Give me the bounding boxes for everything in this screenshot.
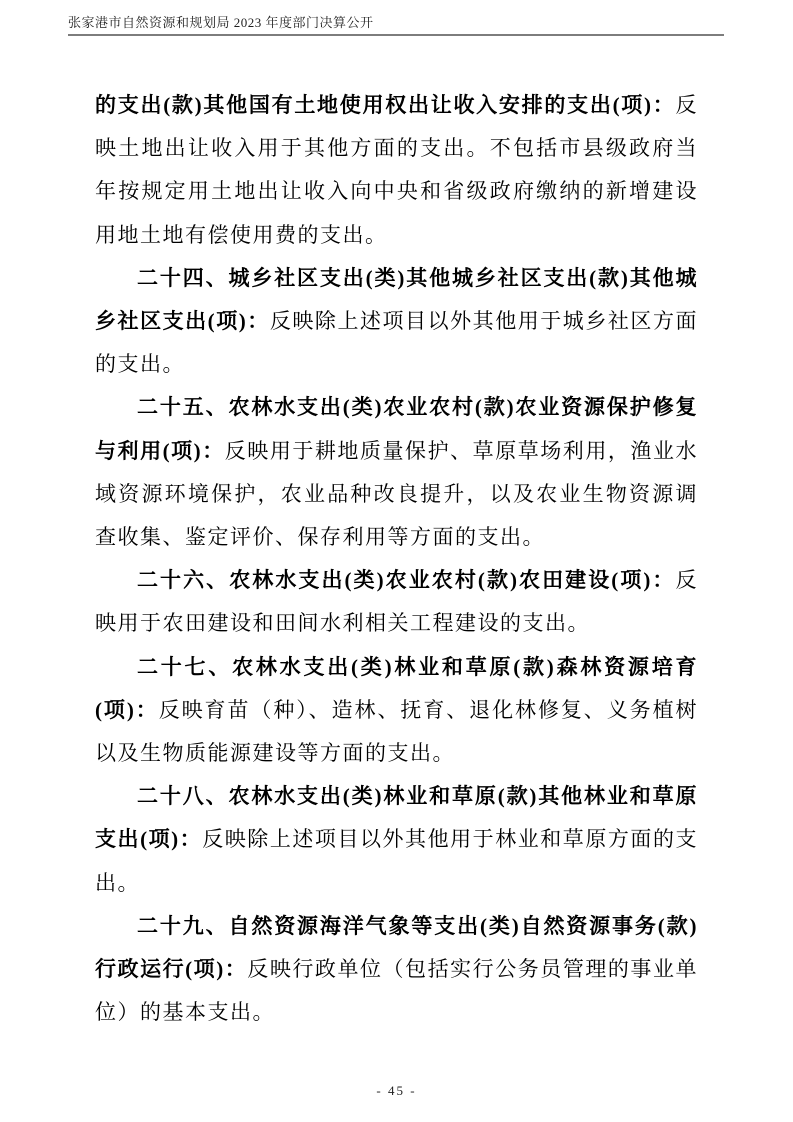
- paragraph-item-24: 二十四、城乡社区支出(类)其他城乡社区支出(款)其他城乡社区支出(项)：反映除上…: [95, 257, 698, 387]
- document-page: 张家港市自然资源和规划局 2023 年度部门决算公开 的支出(款)其他国有土地使…: [0, 0, 793, 1122]
- paragraph-other-land-transfer-expense: 的支出(款)其他国有土地使用权出让收入安排的支出(项)：反映土地出让收入用于其他…: [95, 84, 698, 257]
- document-body: 的支出(款)其他国有土地使用权出让收入安排的支出(项)：反映土地出让收入用于其他…: [95, 84, 698, 1034]
- paragraph-item-29: 二十九、自然资源海洋气象等支出(类)自然资源事务(款)行政运行(项)：反映行政单…: [95, 905, 698, 1035]
- page-number: - 45 -: [376, 1083, 416, 1098]
- paragraph-item-28: 二十八、农林水支出(类)林业和草原(款)其他林业和草原支出(项)：反映除上述项目…: [95, 775, 698, 905]
- page-footer: - 45 -: [0, 1082, 793, 1100]
- page-header: 张家港市自然资源和规划局 2023 年度部门决算公开: [68, 12, 724, 36]
- paragraph-item-25: 二十五、农林水支出(类)农业农村(款)农业资源保护修复与利用(项)：反映用于耕地…: [95, 386, 698, 559]
- expense-item-description: 反映育苗（种）、造林、抚育、退化林修复、义务植树以及生物质能源建设等方面的支出。: [95, 698, 698, 765]
- expense-item-heading: 的支出(款)其他国有土地使用权出让收入安排的支出(项)：: [95, 93, 676, 117]
- expense-item-heading: 二十六、农林水支出(类)农业农村(款)农田建设(项)：: [137, 568, 676, 592]
- paragraph-item-27: 二十七、农林水支出(类)林业和草原(款)森林资源培育(项)：反映育苗（种）、造林…: [95, 646, 698, 776]
- document-header-title: 张家港市自然资源和规划局 2023 年度部门决算公开: [68, 12, 724, 31]
- paragraph-item-26: 二十六、农林水支出(类)农业农村(款)农田建设(项)：反映用于农田建设和田间水利…: [95, 559, 698, 645]
